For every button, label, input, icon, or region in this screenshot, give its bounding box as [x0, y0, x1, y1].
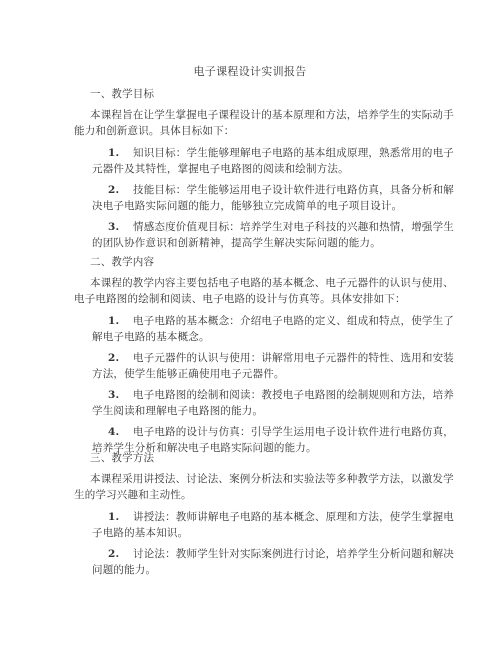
- list-item: 2.电子元器件的认识与使用：讲解常用电子元器件的特性、选用和安装: [108, 350, 454, 366]
- paragraph-line: 本课程旨在让学生掌握电子课程设计的基本原理和方法，培养学生的实际动手: [90, 107, 454, 123]
- list-item-continuation: 学生阅读和理解电子电路图的能力。: [92, 403, 263, 419]
- document-title: 电子课程设计实训报告: [0, 64, 500, 80]
- list-item-continuation: 的团队协作意识和创新精神，提高学生解决实际问题的能力。: [92, 235, 381, 251]
- list-item: 2.讨论法：教师学生针对实际案例进行讨论，培养学生分析问题和解决: [108, 546, 454, 562]
- list-text: 讲授法：教师讲解电子电路的基本概念、原理和方法，使学生掌握电: [133, 511, 454, 523]
- list-number: 1.: [108, 313, 133, 329]
- list-item-continuation: 解电子电路的基本概念。: [92, 329, 210, 345]
- list-item-continuation: 元器件及其特性，掌握电子电路图的阅读和绘制方法。: [92, 161, 349, 177]
- list-item: 1.讲授法：教师讲解电子电路的基本概念、原理和方法，使学生掌握电: [108, 509, 454, 525]
- list-text: 技能目标：学生能够运用电子设计软件进行电路仿真，具备分析和解: [133, 184, 454, 196]
- list-number: 1.: [108, 145, 133, 161]
- list-number: 2.: [108, 546, 133, 562]
- list-item: 1.知识目标：学生能够理解电子电路的基本组成原理，熟悉常用的电子: [108, 145, 454, 161]
- list-text: 讨论法：教师学生针对实际案例进行讨论，培养学生分析问题和解决: [133, 548, 454, 560]
- list-number: 4.: [108, 424, 133, 440]
- section-heading: 三、教学方法: [90, 450, 154, 466]
- paragraph-line: 本课程采用讲授法、讨论法、案例分析法和实验法等多种教学方法，以激发学: [90, 471, 454, 487]
- list-number: 2.: [108, 350, 133, 366]
- paragraph-line: 本课程的教学内容主要包括电子电路的基本概念、电子元器件的认识与使用、: [90, 275, 454, 291]
- list-number: 2.: [108, 182, 133, 198]
- list-number: 1.: [108, 509, 133, 525]
- document-page: 电子课程设计实训报告 一、教学目标 本课程旨在让学生掌握电子课程设计的基本原理和…: [0, 0, 500, 647]
- list-item-continuation: 决电子电路实际问题的能力，能够独立完成简单的电子项目设计。: [92, 198, 402, 214]
- paragraph-line: 电子电路图的绘制和阅读、电子电路的设计与仿真等。具体安排如下：: [74, 291, 406, 307]
- list-item-continuation: 子电路的基本知识。: [92, 525, 188, 541]
- list-text: 电子电路的基本概念：介绍电子电路的定义、组成和特点，使学生了: [133, 315, 454, 327]
- list-text: 电子电路图的绘制和阅读：教授电子电路图的绘制规则和方法，培养: [133, 389, 454, 401]
- section-heading: 一、教学目标: [90, 86, 154, 102]
- list-text: 情感态度价值观目标：培养学生对电子科技的兴趣和热情，增强学生: [133, 221, 454, 233]
- list-item-continuation: 方法，使学生能够正确使用电子元器件。: [92, 366, 285, 382]
- list-number: 3.: [108, 387, 133, 403]
- list-text: 电子电路的设计与仿真：引导学生运用电子设计软件进行电路仿真，: [133, 426, 454, 438]
- paragraph-line: 能力和创新意识。具体目标如下：: [74, 123, 235, 139]
- paragraph-line: 生的学习兴趣和主动性。: [74, 487, 192, 503]
- list-text: 知识目标：学生能够理解电子电路的基本组成原理，熟悉常用的电子: [133, 147, 454, 159]
- list-item: 4.电子电路的设计与仿真：引导学生运用电子设计软件进行电路仿真，: [108, 424, 454, 440]
- list-number: 3.: [108, 219, 133, 235]
- list-item: 3.情感态度价值观目标：培养学生对电子科技的兴趣和热情，增强学生: [108, 219, 454, 235]
- list-text: 电子元器件的认识与使用：讲解常用电子元器件的特性、选用和安装: [133, 352, 454, 364]
- list-item: 1.电子电路的基本概念：介绍电子电路的定义、组成和特点，使学生了: [108, 313, 454, 329]
- list-item: 2.技能目标：学生能够运用电子设计软件进行电路仿真，具备分析和解: [108, 182, 454, 198]
- list-item-continuation: 问题的能力。: [92, 562, 156, 578]
- list-item: 3.电子电路图的绘制和阅读：教授电子电路图的绘制规则和方法，培养: [108, 387, 454, 403]
- section-heading: 二、教学内容: [90, 254, 154, 270]
